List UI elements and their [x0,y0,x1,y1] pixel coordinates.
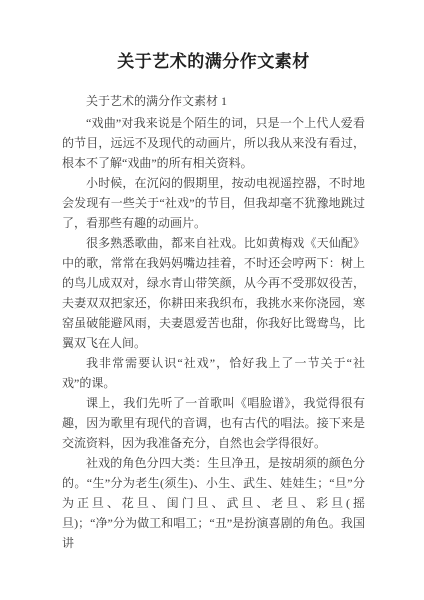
page-title: 关于艺术的满分作文素材 [62,50,365,74]
paragraph-5: 课上，我们先听了一首歌叫《唱脸谱》，我觉得很有趣，因为歌里有现代的音调，也有古代… [62,393,365,453]
paragraph-6: 社戏的角色分四大类：生旦净丑，是按胡须的颜色分的。“生”分为老生(须生)、小生、… [62,453,365,553]
document-page: 关于艺术的满分作文素材 关于艺术的满分作文素材 1 “戏曲”对我来说是个陌生的词… [0,0,424,600]
paragraph-1: “戏曲”对我来说是个陌生的词，只是一个上代人爱看的节目，远远不及现代的动画片，所… [62,113,365,173]
document-subtitle: 关于艺术的满分作文素材 1 [62,91,365,111]
paragraph-3: 很多熟悉歌曲，都来自社戏。比如黄梅戏《天仙配》中的歌，常常在我妈妈嘴边挂着，不时… [62,233,365,353]
paragraph-2: 小时候，在沉闷的假期里，按动电视遥控器，不时地会发现有一些关于“社戏”的节目，但… [62,173,365,233]
paragraph-4: 我非常需要认识“社戏”，恰好我上了一节关于“社戏”的课。 [62,353,365,393]
document-body: 关于艺术的满分作文素材 1 “戏曲”对我来说是个陌生的词，只是一个上代人爱看的节… [62,91,365,553]
